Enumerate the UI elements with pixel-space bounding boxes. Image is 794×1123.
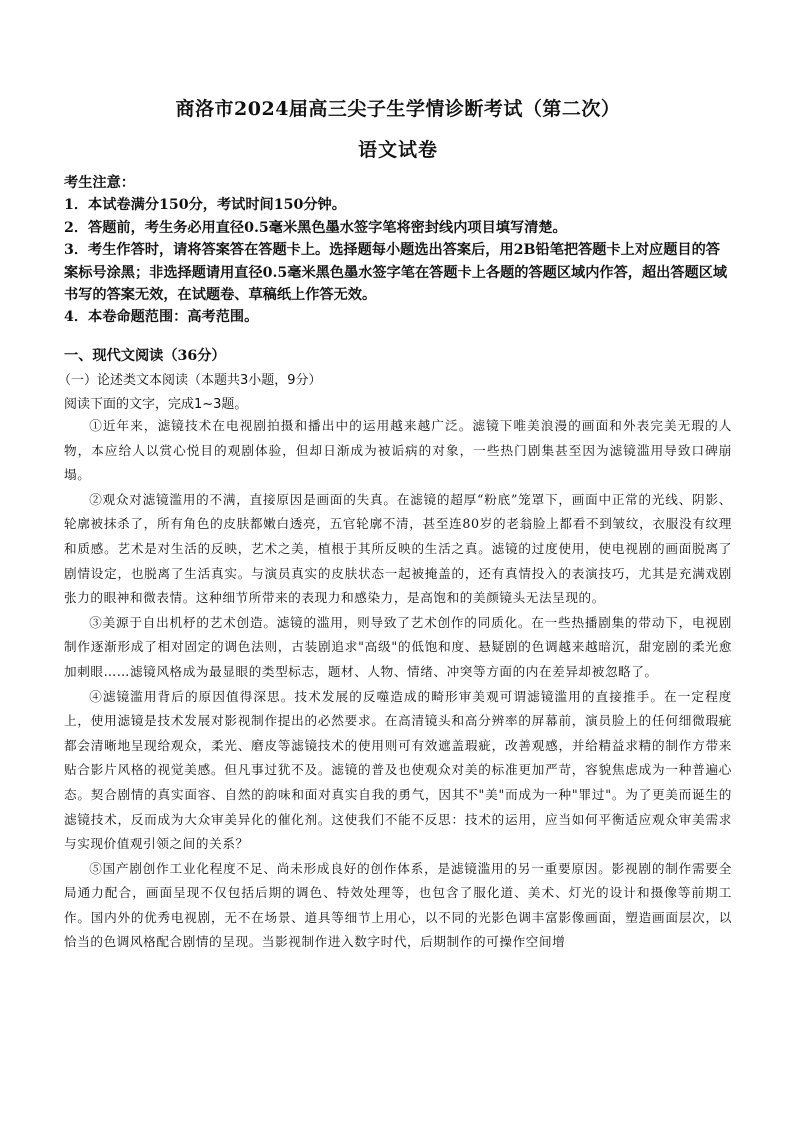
subsection-heading: （一）论述类文本阅读（本题共3小题，9分） (58, 370, 726, 392)
passage-paragraph: ②观众对滤镜滥用的不满，直接原因是画面的失真。在滤镜的超厚“粉底”笼罩下，画面中… (64, 488, 732, 611)
notice-item: 4．本卷命题范围：高考范围。 (64, 306, 732, 328)
passage-paragraph: ④滤镜滥用背后的原因值得深思。技术发展的反噬造成的畸形审美观可谓滤镜滥用的直接推… (64, 685, 732, 857)
passage-paragraph: ⑤国产剧创作工业化程度不足、尚未形成良好的创作体系，是滤镜滥用的另一重要原因。影… (64, 857, 732, 955)
notice-item: 1．本试卷满分150分，考试时间150分钟。 (64, 194, 732, 216)
exam-subtitle: 语文试卷 (64, 135, 732, 162)
exam-title: 商洛市2024届高三尖子生学情诊断考试（第二次） (64, 94, 732, 121)
candidate-notice: 考生注意： 1．本试卷满分150分，考试时间150分钟。 2．答题前，考生务必用… (64, 172, 732, 329)
section-heading: 一、现代文阅读（36分） (64, 345, 732, 367)
notice-item: 3．考生作答时，请将答案答在答题卡上。选择题每小题选出答案后，用2B铅笔把答题卡… (64, 239, 732, 306)
notice-heading: 考生注意： (64, 172, 732, 194)
passage-paragraph: ①近年来，滤镜技术在电视剧拍摄和播出中的运用越来越广泛。滤镜下唯美浪漫的画面和外… (64, 414, 732, 488)
reading-passage: ①近年来，滤镜技术在电视剧拍摄和播出中的运用越来越广泛。滤镜下唯美浪漫的画面和外… (64, 414, 732, 955)
reading-instruction: 阅读下面的文字，完成1~3题。 (64, 394, 732, 416)
notice-item: 2．答题前，考生务必用直径0.5毫米黑色墨水签字笔将密封线内项目填写清楚。 (64, 217, 732, 239)
passage-paragraph: ③美源于自出机杼的艺术创造。滤镜的滥用，则导致了艺术创作的同质化。在一些热播剧集… (64, 611, 732, 685)
